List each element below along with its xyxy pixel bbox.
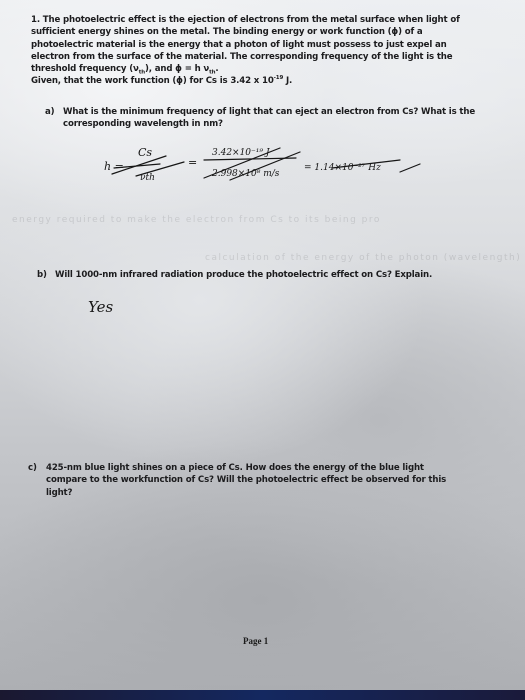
handwritten-equation: h = Cs νth = 3.42×10⁻¹⁹ J 2.998×10⁸ m/s … (100, 138, 430, 186)
question-a-label: a) (45, 106, 63, 118)
worksheet-paper (0, 0, 525, 690)
svg-text:Cs: Cs (138, 146, 152, 159)
handwritten-answer-a: h = Cs νth = 3.42×10⁻¹⁹ J 2.998×10⁸ m/s … (100, 138, 430, 186)
question-c-text-cont: light? (28, 487, 488, 499)
question-c-text: 425-nm blue light shines on a piece of C… (46, 463, 424, 473)
question-c: c)425-nm blue light shines on a piece of… (28, 462, 488, 499)
question-c-text-cont: compare to the workfunction of Cs? Will … (28, 474, 488, 486)
svg-text:2.998×10⁸ m/s: 2.998×10⁸ m/s (211, 169, 280, 179)
question-b-label: b) (37, 269, 55, 281)
problem-1-intro: 1. The photoelectric effect is the eject… (31, 14, 471, 88)
intro-line: sufficient energy shines on the metal. T… (31, 26, 471, 38)
threshold-line: threshold frequency (νth), and ϕ = h νth… (31, 63, 471, 75)
svg-text:3.42×10⁻¹⁹ J: 3.42×10⁻¹⁹ J (212, 148, 271, 158)
question-b-text: Will 1000-nm infrared radiation produce … (55, 270, 432, 280)
intro-line: photoelectric material is the energy tha… (31, 39, 471, 51)
svg-text:νth: νth (140, 173, 155, 183)
svg-text:h =: h = (104, 160, 124, 173)
background-surface (0, 690, 525, 700)
page-number: Page 1 (243, 636, 268, 646)
question-c-label: c) (28, 462, 46, 474)
given-line: Given, that the work function (ϕ) for Cs… (31, 75, 471, 87)
handwritten-answer-b: Yes (88, 298, 113, 316)
question-a-text-cont: corresponding wavelength in nm? (45, 118, 475, 130)
bleed-through-text: calculation of the energy of the photon … (205, 253, 521, 263)
bleed-through-text: energy required to make the electron fro… (12, 215, 381, 225)
question-b: b)Will 1000-nm infrared radiation produc… (37, 269, 487, 281)
svg-text:= 1.14×10⁻²⁷ Hz: = 1.14×10⁻²⁷ Hz (304, 163, 381, 173)
intro-line: electron from the surface of the materia… (31, 51, 471, 63)
question-a-text: What is the minimum frequency of light t… (63, 107, 475, 117)
svg-text:=: = (188, 156, 197, 169)
question-a: a)What is the minimum frequency of light… (45, 106, 475, 131)
intro-line: 1. The photoelectric effect is the eject… (31, 14, 471, 26)
